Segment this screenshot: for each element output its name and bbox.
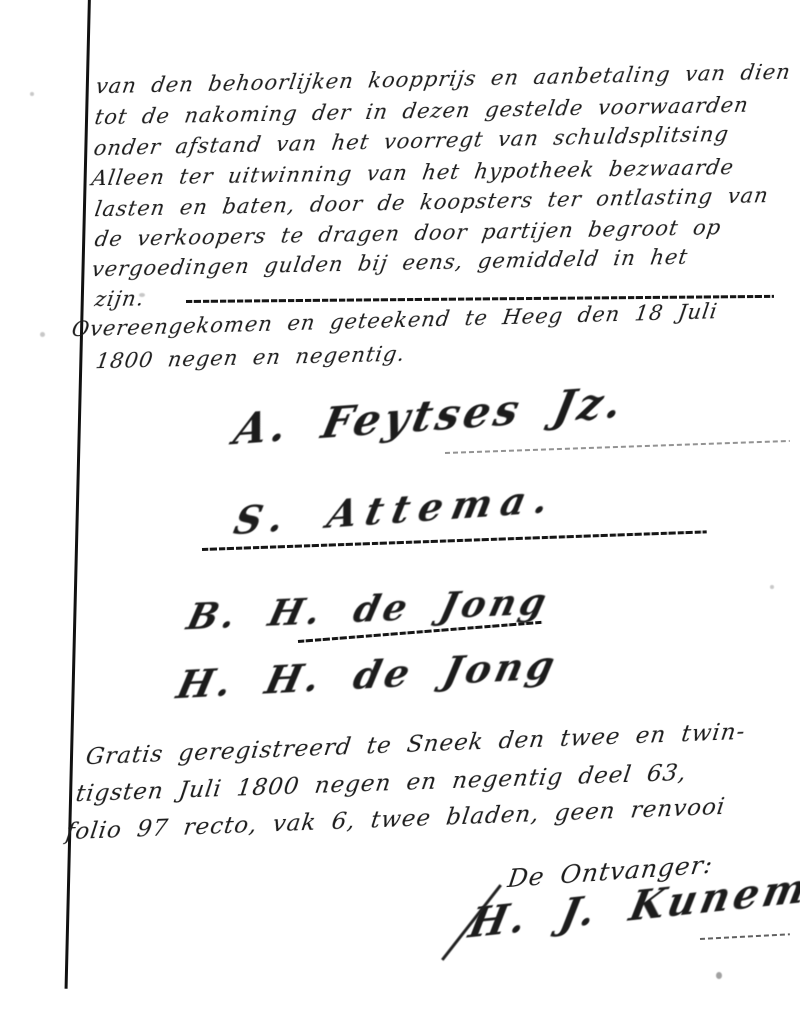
signature-3: B. H. de Jong (183, 580, 554, 638)
ink-speck (30, 92, 34, 96)
signature-1-tail-line (445, 440, 790, 454)
manuscript-line: onder afstand van het voorregt van schul… (92, 122, 731, 161)
receiver-signature-tail (700, 933, 790, 940)
signature-4: H. H. de Jong (173, 642, 563, 708)
ink-speck (770, 585, 774, 589)
manuscript-line: van den behoorlijken koopprijs en aanbet… (94, 59, 800, 99)
scanned-document-page: van den behoorlijken koopprijs en aanbet… (0, 0, 800, 1009)
ink-speck (40, 332, 45, 337)
signature-2: S. Attema. (230, 475, 562, 543)
closing-line: 1800 negen en negentig. (94, 341, 407, 373)
signature-1: A. Feytses Jz. (230, 377, 631, 454)
ink-speck (139, 293, 145, 297)
ink-speck (716, 972, 722, 979)
closing-line: Overeengekomen en geteekend te Heeg den … (70, 299, 719, 341)
manuscript-line: zijn. (93, 286, 146, 311)
manuscript-line: vergoedingen gulden bij eens, gemiddeld … (90, 244, 690, 281)
